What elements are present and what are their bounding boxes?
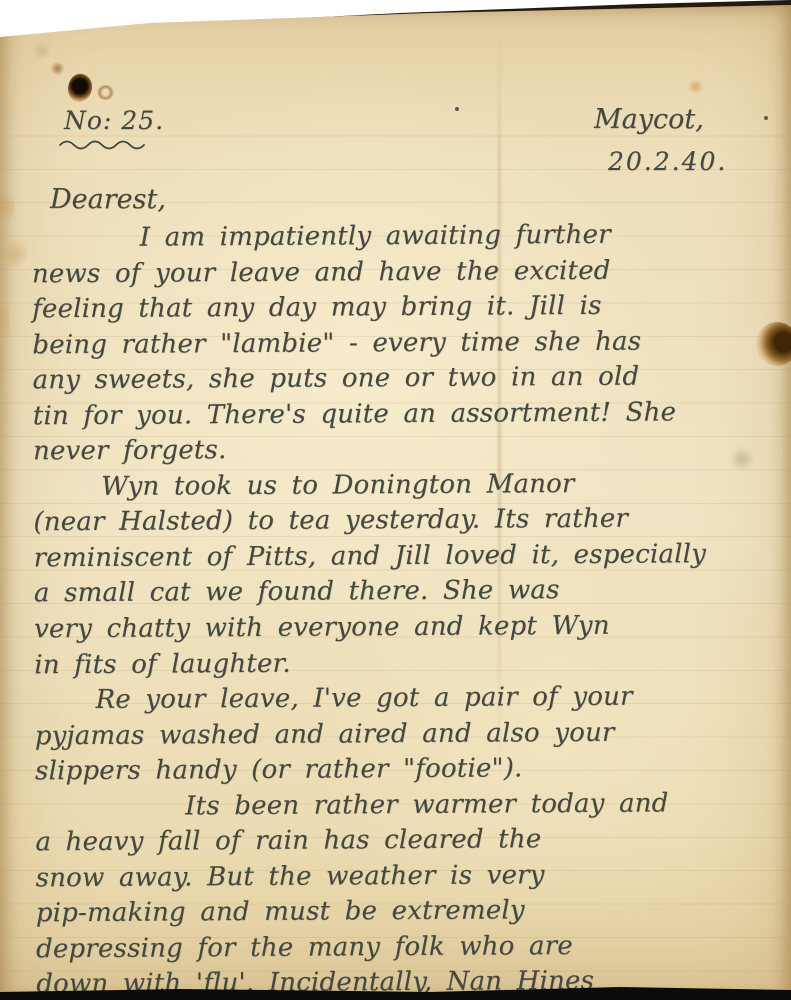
letter-body: I am impatiently awaiting further news o… (32, 217, 790, 1000)
tan-spot (687, 79, 704, 94)
left-edge-stain (2, 238, 28, 270)
letter-line: slippers handy (or rather "footie"). (35, 750, 788, 790)
letter-number: No: 25. (64, 106, 164, 135)
letter-line: a small cat we found there. She was (34, 572, 787, 612)
letter-photo: No: 25. Maycot, 20.2.40. Dearest, I am i… (0, 0, 791, 1000)
letter-line: pyjamas washed and aired and also your (35, 714, 788, 754)
letter-line: snow away. But the weather is very (36, 857, 789, 897)
letter-line: reminiscent of Pitts, and Jill loved it,… (34, 537, 787, 577)
letter-line: depressing for the many folk who are (36, 928, 789, 968)
letter-line: never forgets. (33, 430, 786, 470)
letter-paper: No: 25. Maycot, 20.2.40. Dearest, I am i… (0, 0, 791, 1000)
letter-line: Wyn took us to Donington Manor (33, 466, 786, 506)
letter-line: (near Halsted) to tea yesterday. Its rat… (33, 501, 786, 541)
letter-line: news of your leave and have the excited (32, 252, 785, 292)
letter-line: Re your leave, I've got a pair of your (34, 679, 787, 719)
letter-line: in fits of laughter. (34, 643, 787, 683)
corner-smudge (30, 44, 54, 58)
letter-line: a heavy fall of rain has cleared the (35, 821, 788, 861)
letter-line: Its been rather warmer today and (35, 785, 788, 825)
ink-dot (764, 116, 768, 120)
letter-line: any sweets, she puts one or two in an ol… (32, 359, 785, 399)
letter-line: feeling that any day may bring it. Jill … (32, 288, 785, 328)
letter-line: pip-making and must be extremely (36, 892, 789, 932)
letter-line: tin for you. There's quite an assortment… (33, 394, 786, 434)
rust-ring-spot (97, 85, 114, 100)
letter-line: being rather "lambie" - every time she h… (32, 323, 785, 363)
letter-line: I am impatiently awaiting further (32, 217, 785, 257)
pin-hole (63, 70, 96, 105)
ink-dot (455, 107, 459, 111)
heading-place: Maycot, (594, 104, 704, 135)
salutation: Dearest, (50, 184, 166, 215)
letter-line: very chatty with everyone and kept Wyn (34, 608, 787, 648)
rust-spot (50, 62, 65, 75)
squiggle-underline (58, 138, 150, 150)
heading-date: 20.2.40. (608, 147, 727, 176)
